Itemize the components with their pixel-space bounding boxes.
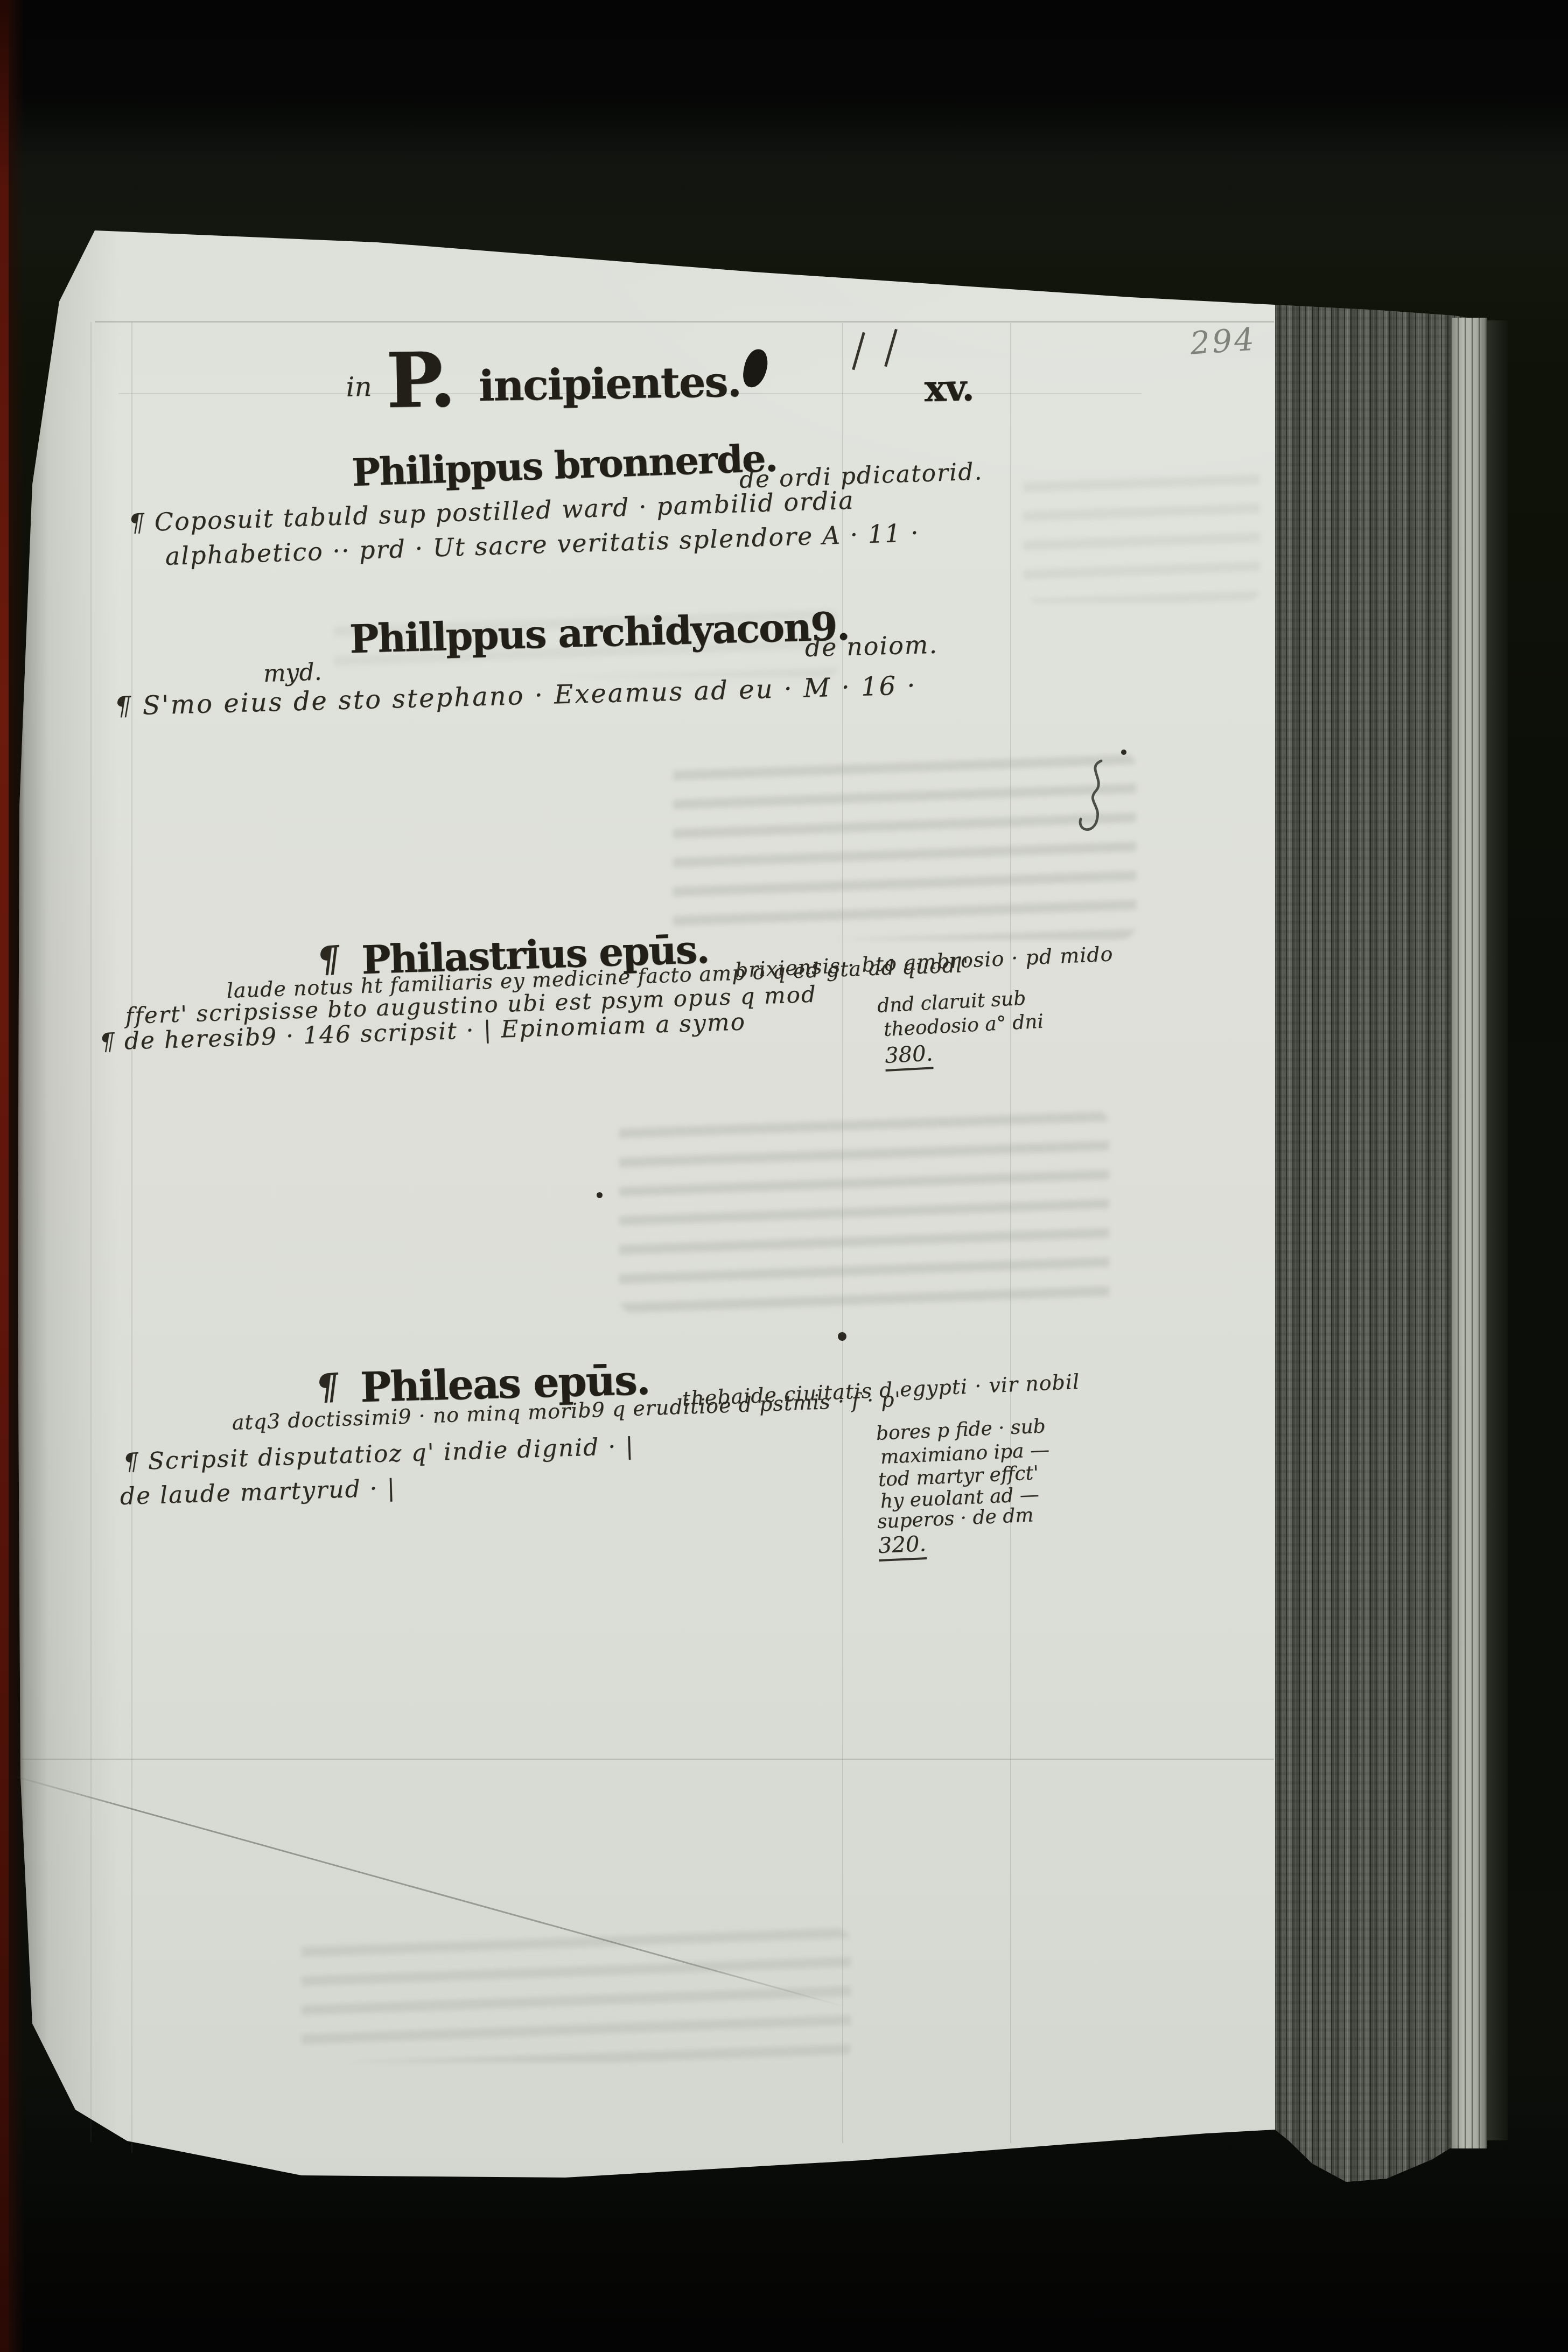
margin-rule-left-outer xyxy=(90,322,92,2142)
header-prefix: in xyxy=(346,371,372,403)
pilcrow-mark: ¶ xyxy=(316,937,341,981)
showthrough-block xyxy=(302,1928,851,2062)
margin-rule-left-inner xyxy=(131,322,132,2153)
ruled-line-bottom xyxy=(22,1759,1274,1760)
showthrough-block xyxy=(619,1109,1109,1314)
entry-margin-date: 380. xyxy=(884,1041,934,1072)
pilcrow-mark: ¶ xyxy=(314,1365,340,1409)
entry-heading-gloss: de noiom. xyxy=(804,630,939,662)
header-word: incipientes. xyxy=(478,358,741,411)
film-edge-shadow xyxy=(9,0,25,2352)
ink-dot xyxy=(838,1332,846,1341)
entry-margin-date: 320. xyxy=(878,1531,927,1562)
header-folio-numeral: xv. xyxy=(924,366,974,410)
showthrough-block xyxy=(1023,463,1260,603)
fore-edge-shadow-gap xyxy=(1487,320,1508,2140)
ruled-line-top xyxy=(95,321,1274,323)
manuscript-photo: 294 in P. incipientes. xv. Philippus bro… xyxy=(0,0,1568,2352)
pencil-folio-number: 294 xyxy=(1189,320,1257,361)
ink-dot xyxy=(1121,750,1126,755)
ink-squiggle-mark xyxy=(1069,757,1117,859)
showthrough-block xyxy=(673,751,1136,940)
ink-dot xyxy=(597,1192,603,1198)
header-initial: P. xyxy=(386,336,456,425)
film-edge-strip xyxy=(0,0,9,2352)
fore-edge-pale-leaves xyxy=(1451,318,1487,2148)
entry-margin-note-left: myd. xyxy=(263,658,322,688)
